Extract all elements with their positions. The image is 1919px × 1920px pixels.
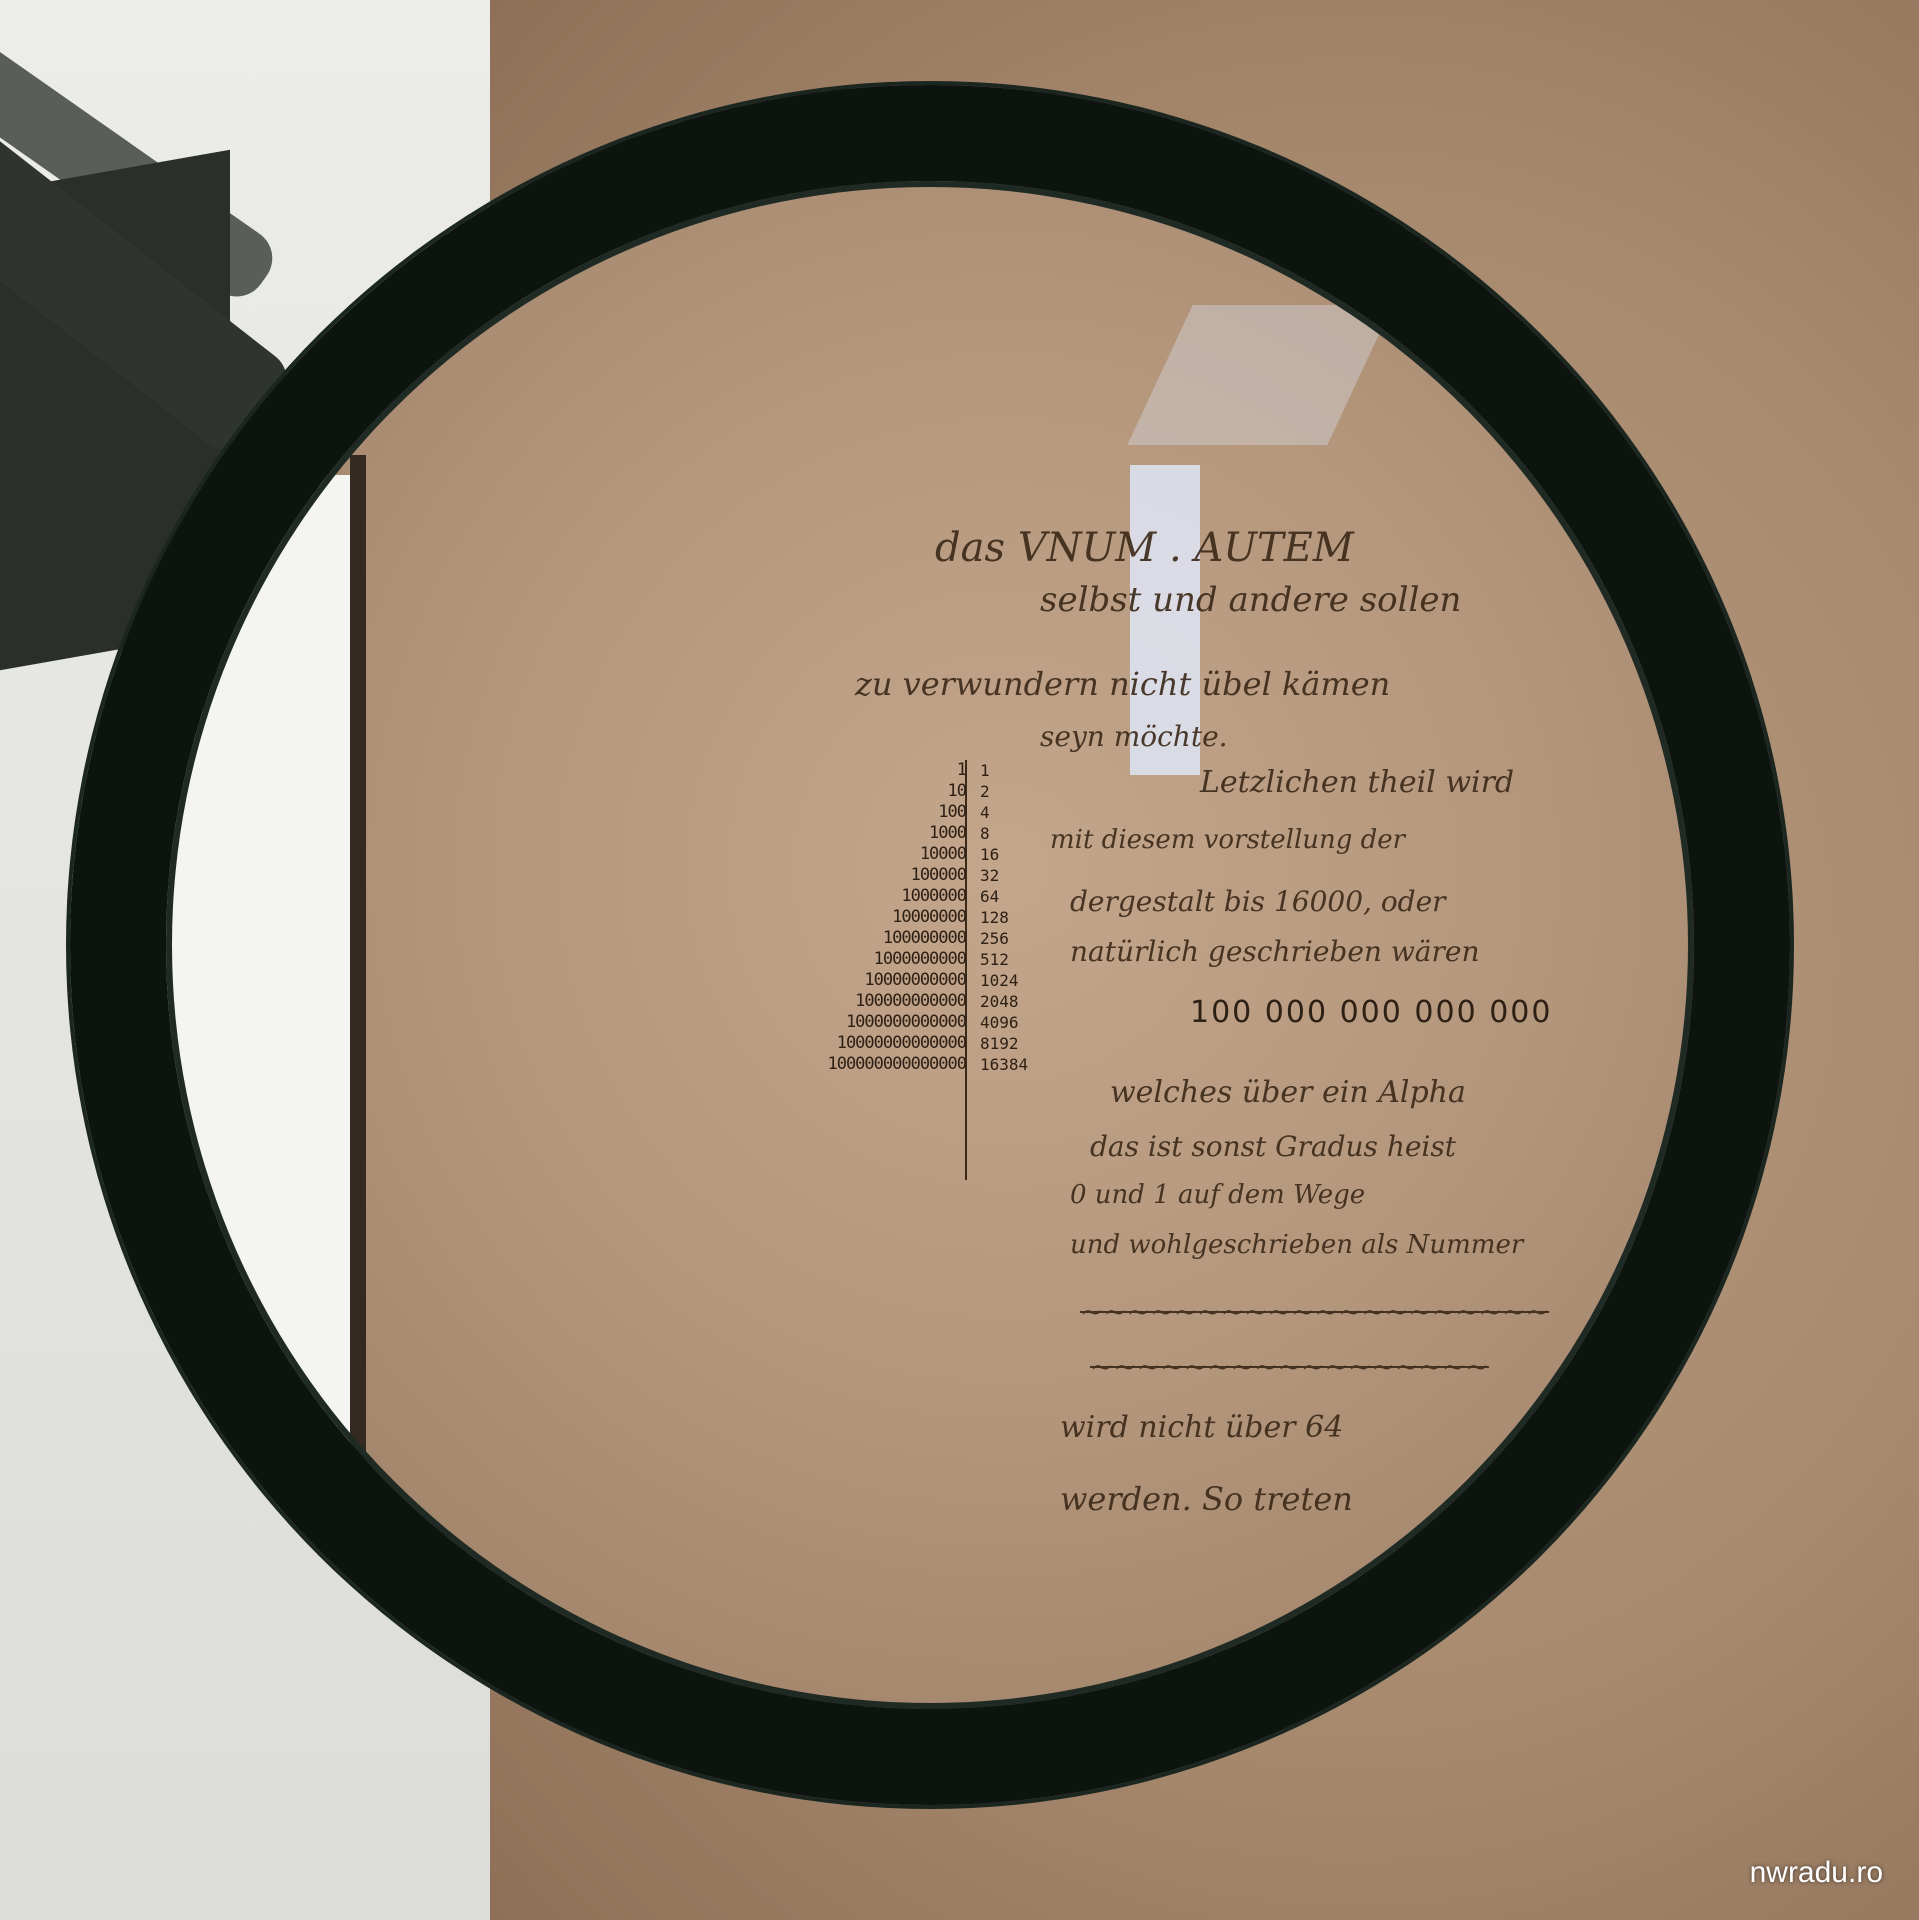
magnifier-ring (70, 85, 1790, 1805)
watermark: nwradu.ro (1750, 1856, 1883, 1890)
